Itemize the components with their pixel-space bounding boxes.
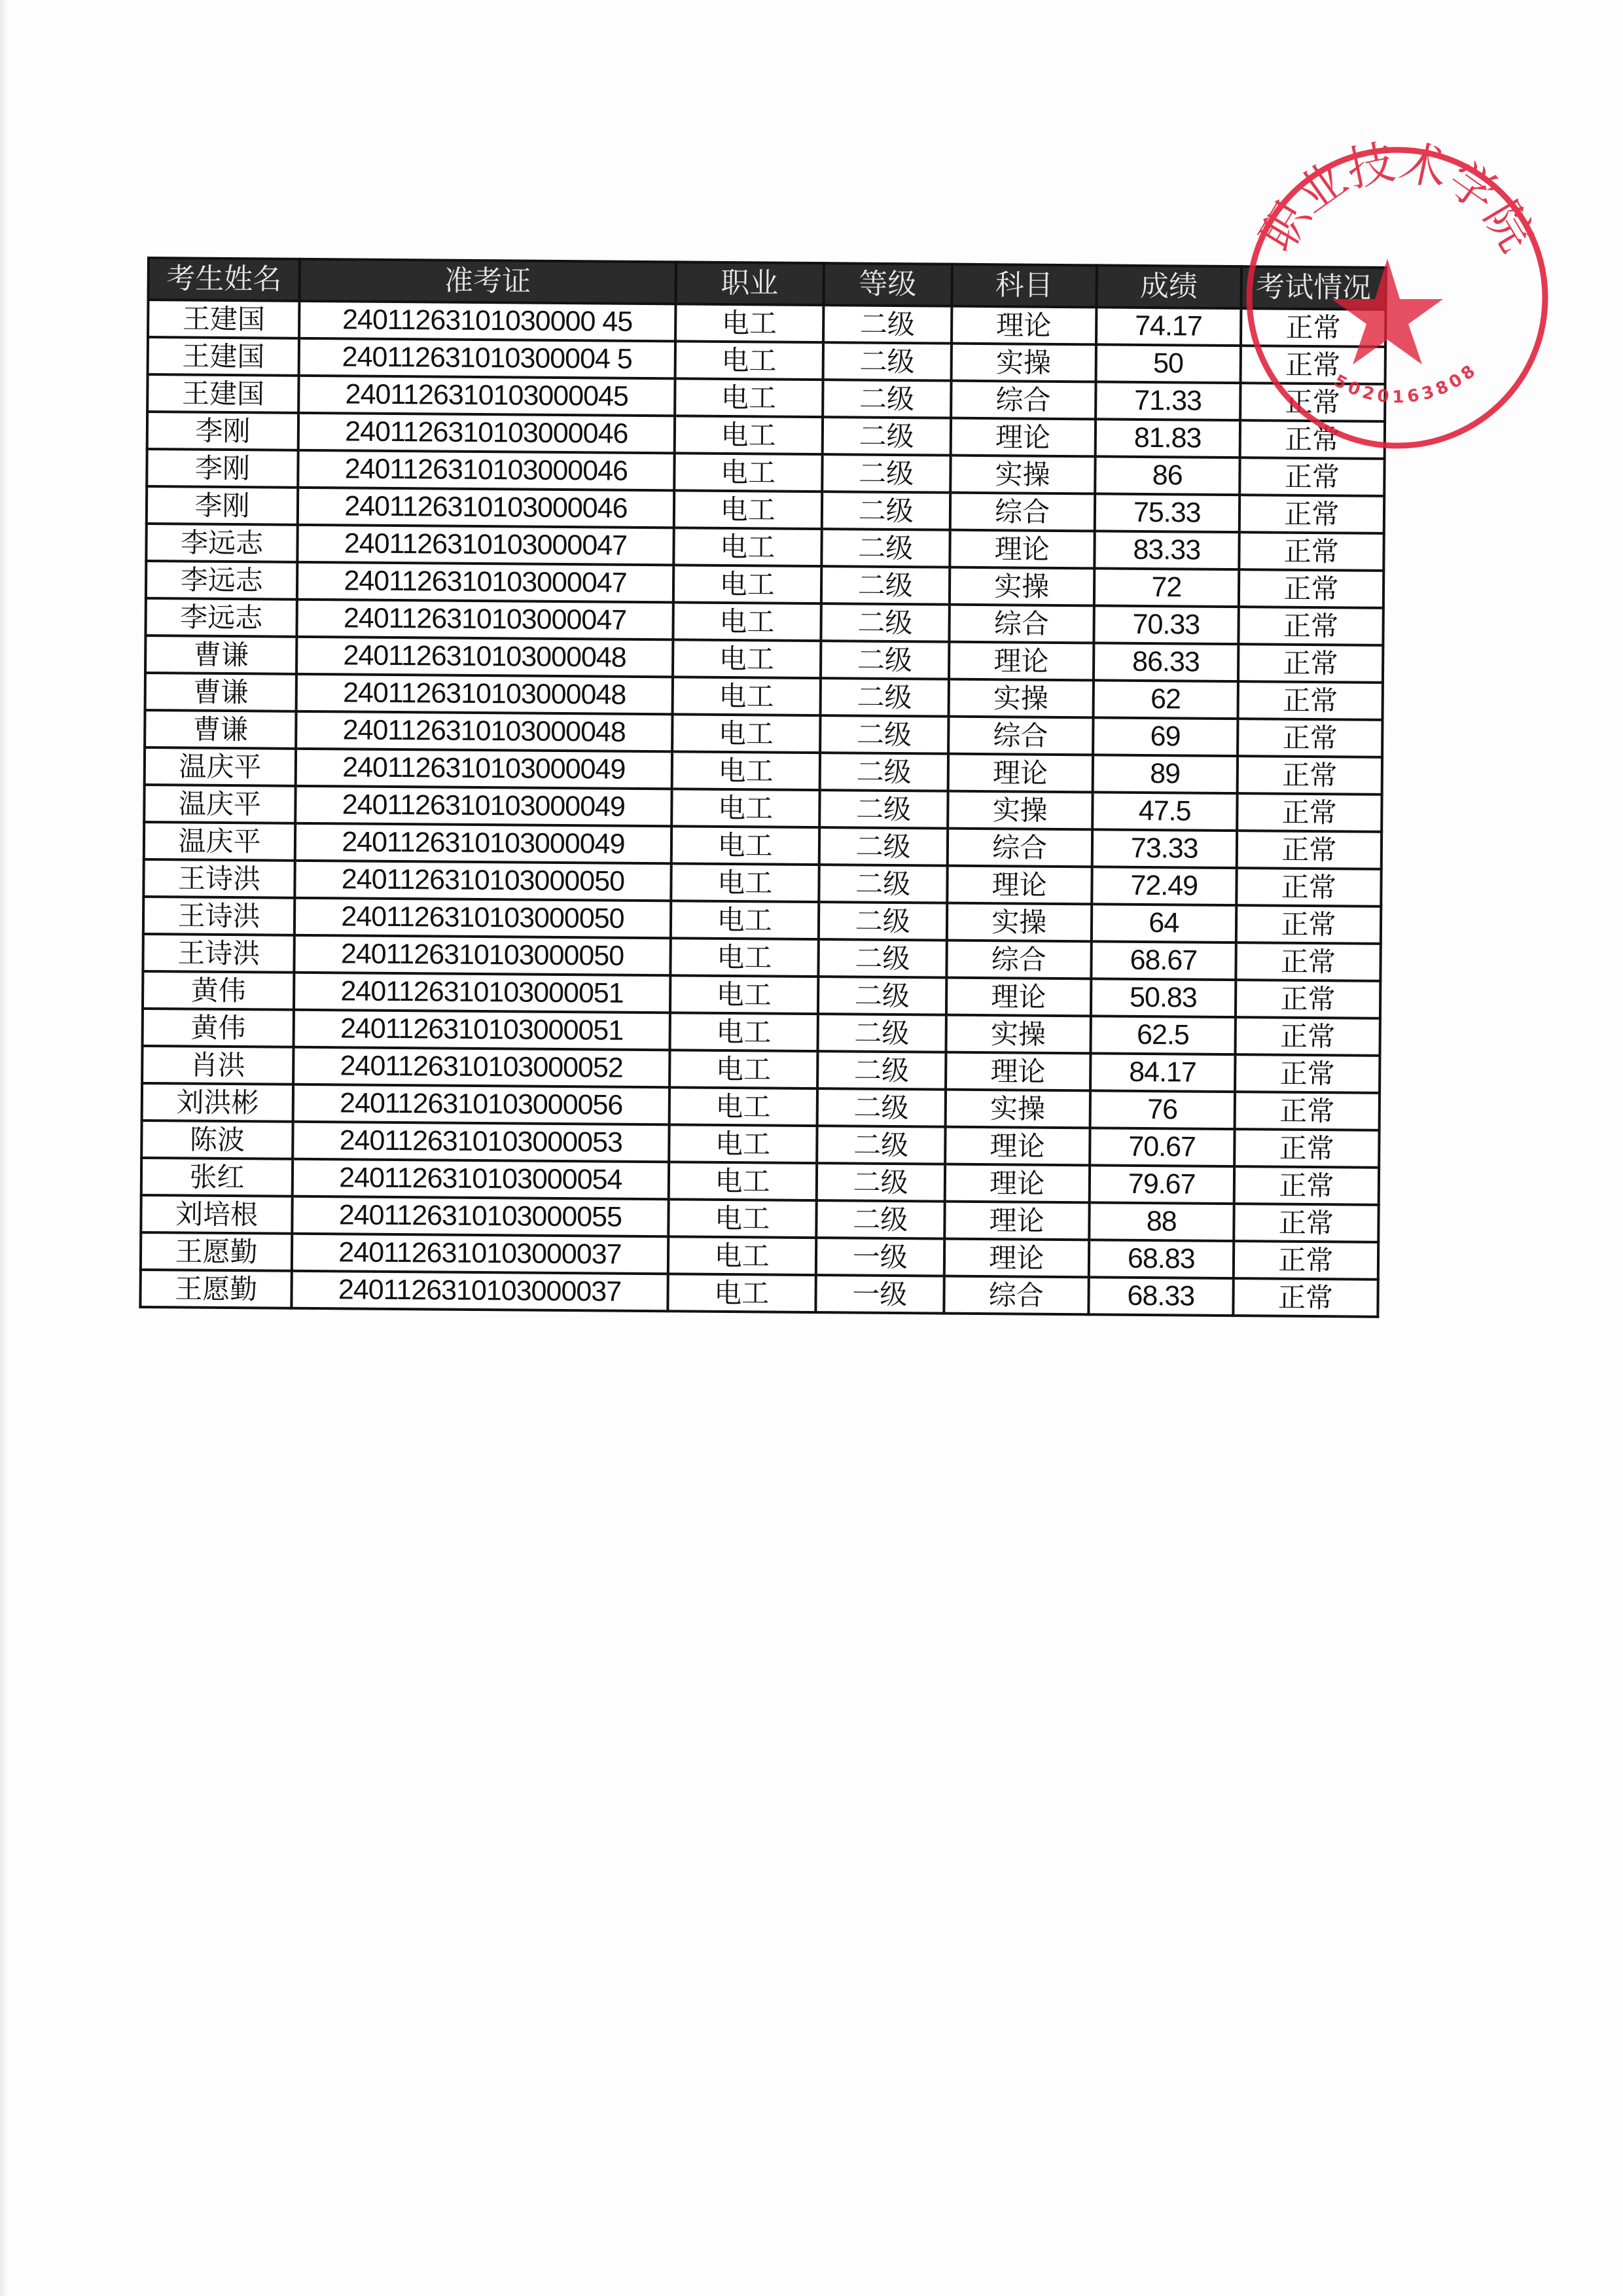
cell-candidate-name: 刘洪彬 [142,1083,294,1122]
cell-admission-ticket: 2401126310103000053 [293,1122,669,1162]
cell-exam-status: 正常 [1237,831,1382,869]
cell-exam-status: 正常 [1236,868,1382,906]
cell-admission-ticket: 2401126310103000047 [298,525,674,565]
cell-occupation: 电工 [669,1013,818,1051]
cell-subject: 实操 [950,456,1096,494]
cell-candidate-name: 黄伟 [143,1009,294,1047]
cell-level: 二级 [817,1126,945,1164]
cell-level: 二级 [821,529,950,567]
cell-occupation: 电工 [671,863,819,902]
cell-level: 二级 [819,753,948,791]
cell-score: 62.5 [1090,1016,1236,1054]
cell-exam-status: 正常 [1235,1054,1380,1093]
cell-admission-ticket: 2401126310103000048 [296,637,673,677]
cell-occupation: 电工 [673,490,822,529]
cell-exam-status: 正常 [1240,457,1385,496]
cell-occupation: 电工 [668,1274,816,1312]
cell-exam-status: 正常 [1234,1092,1380,1130]
cell-score: 68.33 [1088,1277,1234,1316]
cell-exam-status: 正常 [1234,1241,1379,1280]
cell-score: 72 [1094,568,1240,607]
cell-candidate-name: 王诗洪 [143,934,294,973]
cell-subject: 实操 [945,1090,1090,1128]
cell-admission-ticket: 2401126310103000054 [293,1159,669,1200]
cell-score: 74.17 [1096,307,1241,346]
cell-subject: 理论 [952,306,1097,345]
cell-occupation: 电工 [672,677,821,715]
cell-score: 70.67 [1090,1128,1235,1166]
cell-admission-ticket: 2401126310103000055 [292,1196,668,1237]
cell-candidate-name: 王诗洪 [143,897,295,935]
cell-exam-status: 正常 [1236,905,1382,944]
cell-exam-status: 正常 [1236,942,1381,981]
cell-score: 86 [1095,456,1240,495]
cell-level: 二级 [817,1014,946,1052]
cell-score: 81.83 [1095,419,1240,457]
cell-occupation: 电工 [674,453,823,492]
header-candidate-name: 考生姓名 [148,258,300,301]
cell-candidate-name: 王愿勤 [141,1232,293,1271]
cell-candidate-name: 李刚 [147,412,299,450]
cell-score: 84.17 [1090,1053,1236,1092]
cell-level: 二级 [821,603,949,642]
cell-level: 二级 [819,902,947,941]
cell-exam-status: 正常 [1237,793,1382,832]
cell-candidate-name: 曹谦 [145,673,297,711]
cell-admission-ticket: 2401126310103000051 [294,1010,670,1050]
cell-exam-status: 正常 [1235,1017,1380,1056]
cell-level: 二级 [821,566,950,605]
cell-candidate-name: 李远志 [145,598,297,637]
header-level: 等级 [823,263,952,306]
header-occupation: 职业 [675,262,824,305]
cell-level: 二级 [821,641,949,679]
cell-score: 75.33 [1094,493,1240,532]
cell-subject: 理论 [950,530,1095,569]
cell-level: 二级 [823,380,951,418]
cell-subject: 理论 [947,866,1092,905]
cell-exam-status: 正常 [1238,719,1383,757]
cell-candidate-name: 刘培根 [141,1195,293,1234]
cell-admission-ticket: 2401126310103000051 [294,973,670,1013]
cell-score: 69 [1093,717,1238,756]
cell-subject: 综合 [947,829,1092,867]
cell-exam-status: 正常 [1240,495,1385,533]
cell-occupation: 电工 [669,1124,817,1163]
cell-exam-status: 正常 [1239,532,1384,571]
cell-admission-ticket: 2401126310103000048 [296,674,673,715]
cell-subject: 理论 [945,1127,1090,1166]
cell-subject: 理论 [946,1052,1091,1091]
cell-subject: 实操 [948,679,1094,718]
cell-level: 二级 [820,715,948,754]
cell-subject: 实操 [946,903,1092,942]
cell-occupation: 电工 [675,341,823,380]
cell-exam-status: 正常 [1234,1204,1379,1242]
cell-candidate-name: 王愿勤 [140,1270,292,1308]
cell-occupation: 电工 [671,826,819,865]
cell-occupation: 电工 [670,938,819,977]
cell-subject: 实操 [948,791,1093,830]
cell-subject: 理论 [948,754,1093,793]
cell-subject: 实操 [950,567,1095,606]
cell-subject: 实操 [951,344,1096,382]
cell-candidate-name: 曹谦 [145,710,296,749]
cell-occupation: 电工 [674,416,823,454]
cell-candidate-name: 王建国 [148,337,300,376]
cell-subject: 综合 [946,941,1092,979]
cell-score: 83.33 [1094,531,1240,569]
cell-subject: 理论 [944,1164,1090,1203]
cell-level: 二级 [816,1163,944,1202]
cell-level: 二级 [823,305,952,344]
cell-score: 62 [1093,680,1238,719]
cell-occupation: 电工 [670,901,819,939]
cell-occupation: 电工 [672,714,821,753]
cell-subject: 理论 [949,642,1094,681]
cell-score: 68.67 [1091,941,1236,980]
cell-admission-ticket: 2401126310103000050 [294,935,671,976]
cell-level: 二级 [816,1200,944,1239]
cell-candidate-name: 李远志 [146,561,298,600]
cell-level: 一级 [815,1275,944,1314]
cell-admission-ticket: 2401126310103000045 [298,376,675,416]
cell-exam-status: 正常 [1233,1278,1378,1317]
cell-candidate-name: 曹谦 [145,636,297,674]
cell-score: 86.33 [1094,643,1239,681]
header-score: 成绩 [1096,265,1241,308]
cell-occupation: 电工 [669,1087,817,1126]
cell-candidate-name: 王建国 [147,374,299,413]
cell-occupation: 电工 [675,378,823,417]
cell-level: 二级 [819,790,948,829]
cell-exam-status: 正常 [1237,756,1382,795]
cell-score: 72.49 [1092,867,1237,905]
cell-occupation: 电工 [673,565,822,603]
cell-occupation: 电工 [668,1199,817,1238]
cell-subject: 综合 [948,717,1094,755]
cell-occupation: 电工 [670,975,819,1014]
cell-admission-ticket: 2401126310103000049 [295,823,671,864]
cell-admission-ticket: 24011263101030000 45 [299,301,675,342]
cell-score: 89 [1092,755,1238,793]
cell-exam-status: 正常 [1240,420,1385,459]
cell-level: 二级 [820,678,948,717]
table-body: 王建国24011263101030000 45电工二级理论74.17正常王建国2… [140,300,1385,1317]
cell-exam-status: 正常 [1241,308,1386,347]
cell-candidate-name: 李刚 [147,449,298,488]
cell-score: 50 [1096,344,1241,383]
cell-candidate-name: 肖洪 [142,1046,294,1085]
cell-candidate-name: 李刚 [147,486,298,525]
cell-candidate-name: 黄伟 [143,971,294,1010]
cell-candidate-name: 温庆平 [144,822,296,861]
cell-admission-ticket: 2401126310103000046 [298,413,675,454]
cell-admission-ticket: 2401126310103000046 [298,450,674,491]
cell-score: 73.33 [1092,829,1237,868]
cell-exam-status: 正常 [1238,607,1383,645]
cell-candidate-name: 王建国 [148,300,300,338]
cell-occupation: 电工 [671,789,820,827]
cell-level: 二级 [818,939,946,978]
cell-admission-ticket: 2401126310103000050 [294,861,671,901]
cell-occupation: 电工 [673,639,821,678]
cell-subject: 综合 [951,381,1096,420]
cell-score: 68.83 [1089,1240,1234,1278]
cell-level: 二级 [822,492,950,530]
cell-admission-ticket: 2401126310103000048 [296,711,672,752]
cell-exam-status: 正常 [1234,1129,1380,1168]
cell-level: 二级 [817,1051,946,1090]
cell-exam-status: 正常 [1239,569,1384,608]
cell-admission-ticket: 2401126310103000046 [298,488,674,528]
cell-exam-status: 正常 [1234,1166,1380,1205]
scan-edge-shade [0,0,8,2296]
cell-score: 88 [1089,1202,1234,1241]
cell-exam-status: 正常 [1238,644,1383,683]
cell-subject: 实操 [946,1015,1091,1054]
cell-level: 二级 [819,865,947,903]
cell-subject: 理论 [946,978,1092,1016]
cell-score: 70.33 [1094,605,1239,644]
header-exam-status: 考试情况 [1241,266,1386,310]
cell-subject: 综合 [949,605,1094,643]
cell-candidate-name: 温庆平 [144,785,296,823]
cell-score: 47.5 [1092,792,1238,831]
header-admission-ticket: 准考证 [300,259,676,304]
cell-admission-ticket: 2401126310103000049 [296,749,672,789]
seal-text: 职业技术学院 [1249,141,1545,260]
cell-level: 二级 [822,454,950,493]
cell-candidate-name: 李远志 [146,524,298,562]
cell-exam-status: 正常 [1240,346,1385,384]
cell-admission-ticket: 240112631010300004 5 [299,338,675,379]
cell-occupation: 电工 [673,528,822,566]
cell-level: 二级 [818,977,946,1015]
cell-occupation: 电工 [675,304,824,342]
cell-candidate-name: 张红 [141,1158,293,1196]
cell-occupation: 电工 [673,602,821,641]
cell-score: 76 [1090,1090,1235,1129]
cell-subject: 理论 [950,418,1096,457]
cell-subject: 理论 [944,1239,1089,1278]
cell-level: 二级 [819,827,948,866]
cell-exam-status: 正常 [1236,980,1381,1018]
cell-subject: 综合 [944,1276,1089,1315]
cell-admission-ticket: 2401126310103000049 [295,786,671,827]
cell-candidate-name: 温庆平 [145,747,296,786]
cell-exam-status: 正常 [1238,681,1383,720]
seal-arc-text: 职业技术学院 [1249,141,1545,260]
cell-subject: 综合 [950,493,1095,531]
cell-score: 71.33 [1096,382,1241,420]
cell-score: 50.83 [1091,978,1236,1017]
cell-score: 64 [1092,904,1237,942]
cell-occupation: 电工 [668,1162,817,1200]
exam-score-table: 考生姓名 准考证 职业 等级 科目 成绩 考试情况 王建国24011263101… [139,257,1387,1318]
cell-occupation: 电工 [669,1050,818,1088]
cell-admission-ticket: 2401126310103000037 [292,1234,668,1274]
cell-candidate-name: 陈波 [141,1121,293,1159]
cell-admission-ticket: 2401126310103000047 [297,562,673,603]
cell-exam-status: 正常 [1240,383,1385,422]
cell-admission-ticket: 2401126310103000052 [293,1047,669,1088]
cell-level: 二级 [822,417,950,456]
cell-level: 一级 [816,1238,944,1276]
cell-candidate-name: 王诗洪 [143,859,295,898]
cell-score: 79.67 [1089,1165,1234,1204]
cell-admission-ticket: 2401126310103000050 [294,898,671,939]
cell-admission-ticket: 2401126310103000056 [293,1085,669,1125]
cell-admission-ticket: 2401126310103000047 [297,600,673,640]
cell-admission-ticket: 2401126310103000037 [292,1271,668,1312]
cell-level: 二级 [823,342,951,381]
cell-subject: 理论 [944,1202,1090,1240]
header-subject: 科目 [952,264,1097,308]
cell-level: 二级 [817,1088,945,1127]
cell-occupation: 电工 [671,751,820,790]
cell-occupation: 电工 [668,1236,816,1275]
